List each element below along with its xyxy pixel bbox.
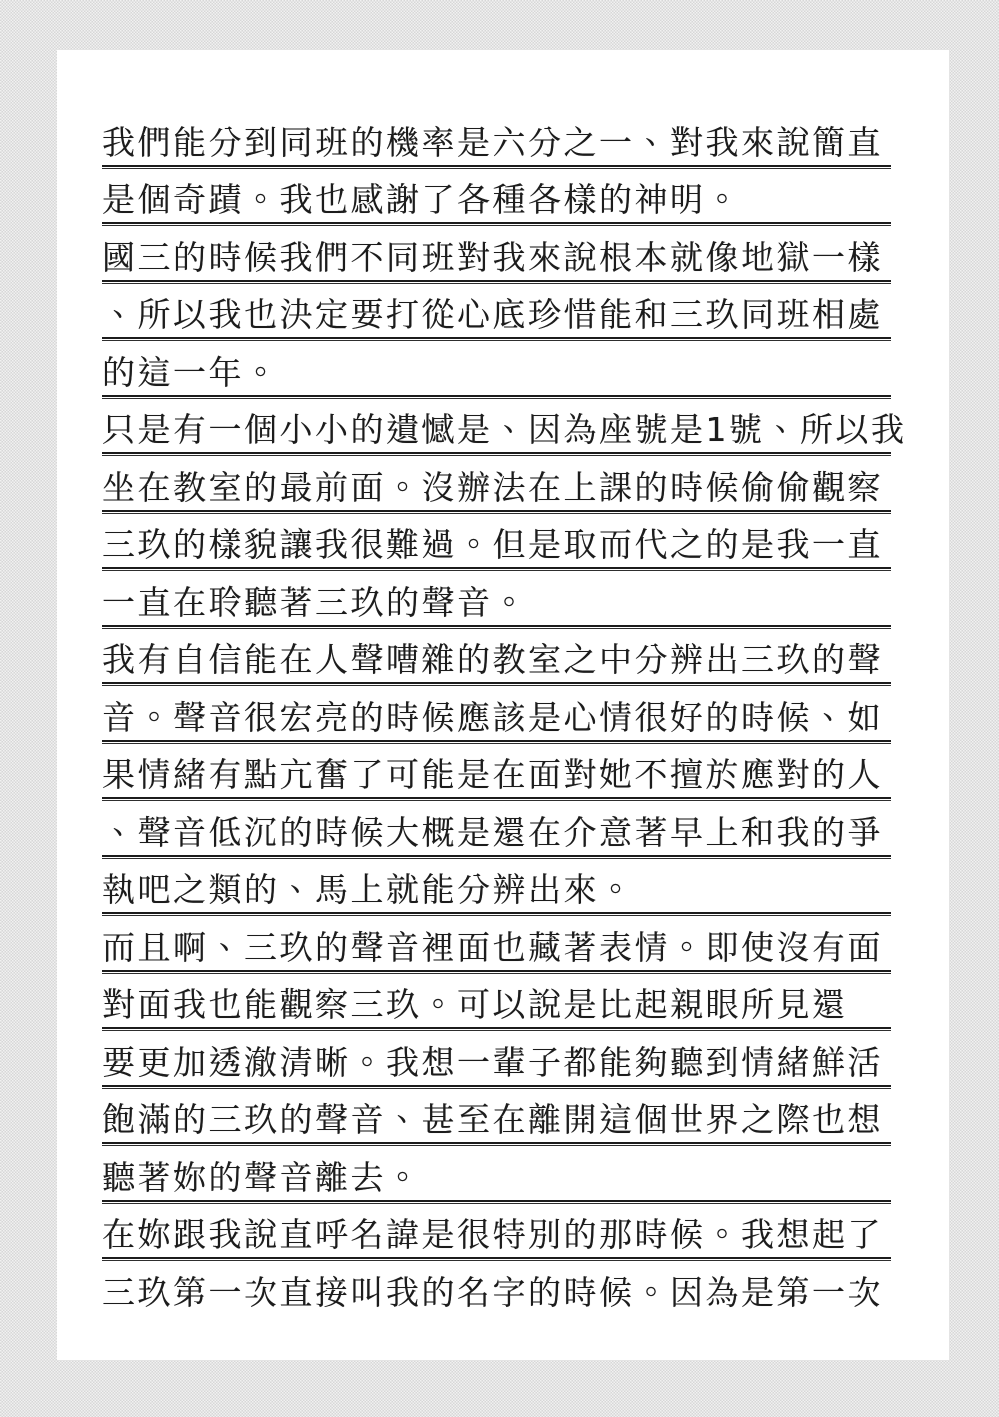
notebook-page: 我們能分到同班的機率是六分之一、對我來說簡直是個奇蹟。我也感謝了各種各樣的神明。… xyxy=(57,50,949,1360)
notebook-page-content: 我們能分到同班的機率是六分之一、對我來說簡直是個奇蹟。我也感謝了各種各樣的神明。… xyxy=(57,50,949,1360)
handwritten-text: 三玖的樣貌讓我很難過。但是取而代之的是我一直 xyxy=(102,528,883,561)
handwritten-text: 音。聲音很宏亮的時候應該是心情很好的時候、如 xyxy=(102,701,883,734)
handwritten-text: 三玖第一次直接叫我的名字的時候。因為是第一次 xyxy=(102,1276,883,1309)
handwritten-line: 要更加透澈清晰。我想一輩子都能夠聽到情緒鮮活 xyxy=(102,1031,891,1085)
handwritten-line: 三玖第一次直接叫我的名字的時候。因為是第一次 xyxy=(102,1261,891,1315)
handwritten-text: 飽滿的三玖的聲音、甚至在離開這個世界之際也想 xyxy=(102,1103,883,1136)
handwritten-text: 對面我也能觀察三玖。可以說是比起親眼所見還 xyxy=(102,988,848,1021)
handwritten-line: 是個奇蹟。我也感謝了各種各樣的神明。 xyxy=(102,169,891,223)
handwritten-line: 飽滿的三玖的聲音、甚至在離開這個世界之際也想 xyxy=(102,1089,891,1143)
handwritten-text: 、所以我也決定要打從心底珍惜能和三玖同班相處 xyxy=(102,298,883,331)
handwritten-line: 、所以我也決定要打從心底珍惜能和三玖同班相處 xyxy=(102,284,891,338)
handwritten-line: 、聲音低沉的時候大概是還在介意著早上和我的爭 xyxy=(102,801,891,855)
handwritten-text: 坐在教室的最前面。沒辦法在上課的時候偷偷觀察 xyxy=(102,471,883,504)
handwritten-line: 而且啊、三玖的聲音裡面也藏著表情。即使沒有面 xyxy=(102,916,891,970)
handwritten-text: 而且啊、三玖的聲音裡面也藏著表情。即使沒有面 xyxy=(102,931,883,964)
handwritten-line: 聽著妳的聲音離去。 xyxy=(102,1146,891,1200)
handwritten-text: 執吧之類的、馬上就能分辨出來。 xyxy=(102,873,635,906)
handwritten-line: 我有自信能在人聲嘈雜的教室之中分辨出三玖的聲 xyxy=(102,629,891,683)
handwritten-line: 執吧之類的、馬上就能分辨出來。 xyxy=(102,859,891,913)
handwritten-line: 坐在教室的最前面。沒辦法在上課的時候偷偷觀察 xyxy=(102,456,891,510)
handwritten-text: 的這一年。 xyxy=(102,356,280,389)
handwritten-line: 只是有一個小小的遺憾是、因為座號是1號、所以我 xyxy=(102,399,891,453)
handwritten-text: 果情緒有點亢奮了可能是在面對她不擅於應對的人 xyxy=(102,758,883,791)
handwritten-text: 只是有一個小小的遺憾是、因為座號是1號、所以我 xyxy=(102,413,907,446)
handwritten-text: 我有自信能在人聲嘈雜的教室之中分辨出三玖的聲 xyxy=(102,643,883,676)
handwritten-line: 一直在聆聽著三玖的聲音。 xyxy=(102,571,891,625)
handwritten-text: 國三的時候我們不同班對我來說根本就像地獄一樣 xyxy=(102,241,883,274)
handwritten-text: 在妳跟我說直呼名諱是很特別的那時候。我想起了 xyxy=(102,1218,883,1251)
scan-background: { "scan": { "border_color": "#e3e3e3", "… xyxy=(0,0,999,1417)
handwritten-text: 要更加透澈清晰。我想一輩子都能夠聽到情緒鮮活 xyxy=(102,1046,883,1079)
handwritten-line: 的這一年。 xyxy=(102,341,891,395)
handwritten-line: 三玖的樣貌讓我很難過。但是取而代之的是我一直 xyxy=(102,514,891,568)
handwritten-text: 聽著妳的聲音離去。 xyxy=(102,1161,422,1194)
handwritten-text: 是個奇蹟。我也感謝了各種各樣的神明。 xyxy=(102,183,741,216)
handwritten-text: 我們能分到同班的機率是六分之一、對我來說簡直 xyxy=(102,126,883,159)
handwritten-line: 國三的時候我們不同班對我來說根本就像地獄一樣 xyxy=(102,226,891,280)
handwritten-text: 、聲音低沉的時候大概是還在介意著早上和我的爭 xyxy=(102,816,883,849)
handwritten-line: 對面我也能觀察三玖。可以說是比起親眼所見還 xyxy=(102,974,891,1028)
handwritten-line: 音。聲音很宏亮的時候應該是心情很好的時候、如 xyxy=(102,686,891,740)
handwritten-line: 我們能分到同班的機率是六分之一、對我來說簡直 xyxy=(102,111,891,165)
handwritten-text: 一直在聆聽著三玖的聲音。 xyxy=(102,586,528,619)
handwritten-line: 在妳跟我說直呼名諱是很特別的那時候。我想起了 xyxy=(102,1204,891,1258)
handwritten-line: 果情緒有點亢奮了可能是在面對她不擅於應對的人 xyxy=(102,744,891,798)
